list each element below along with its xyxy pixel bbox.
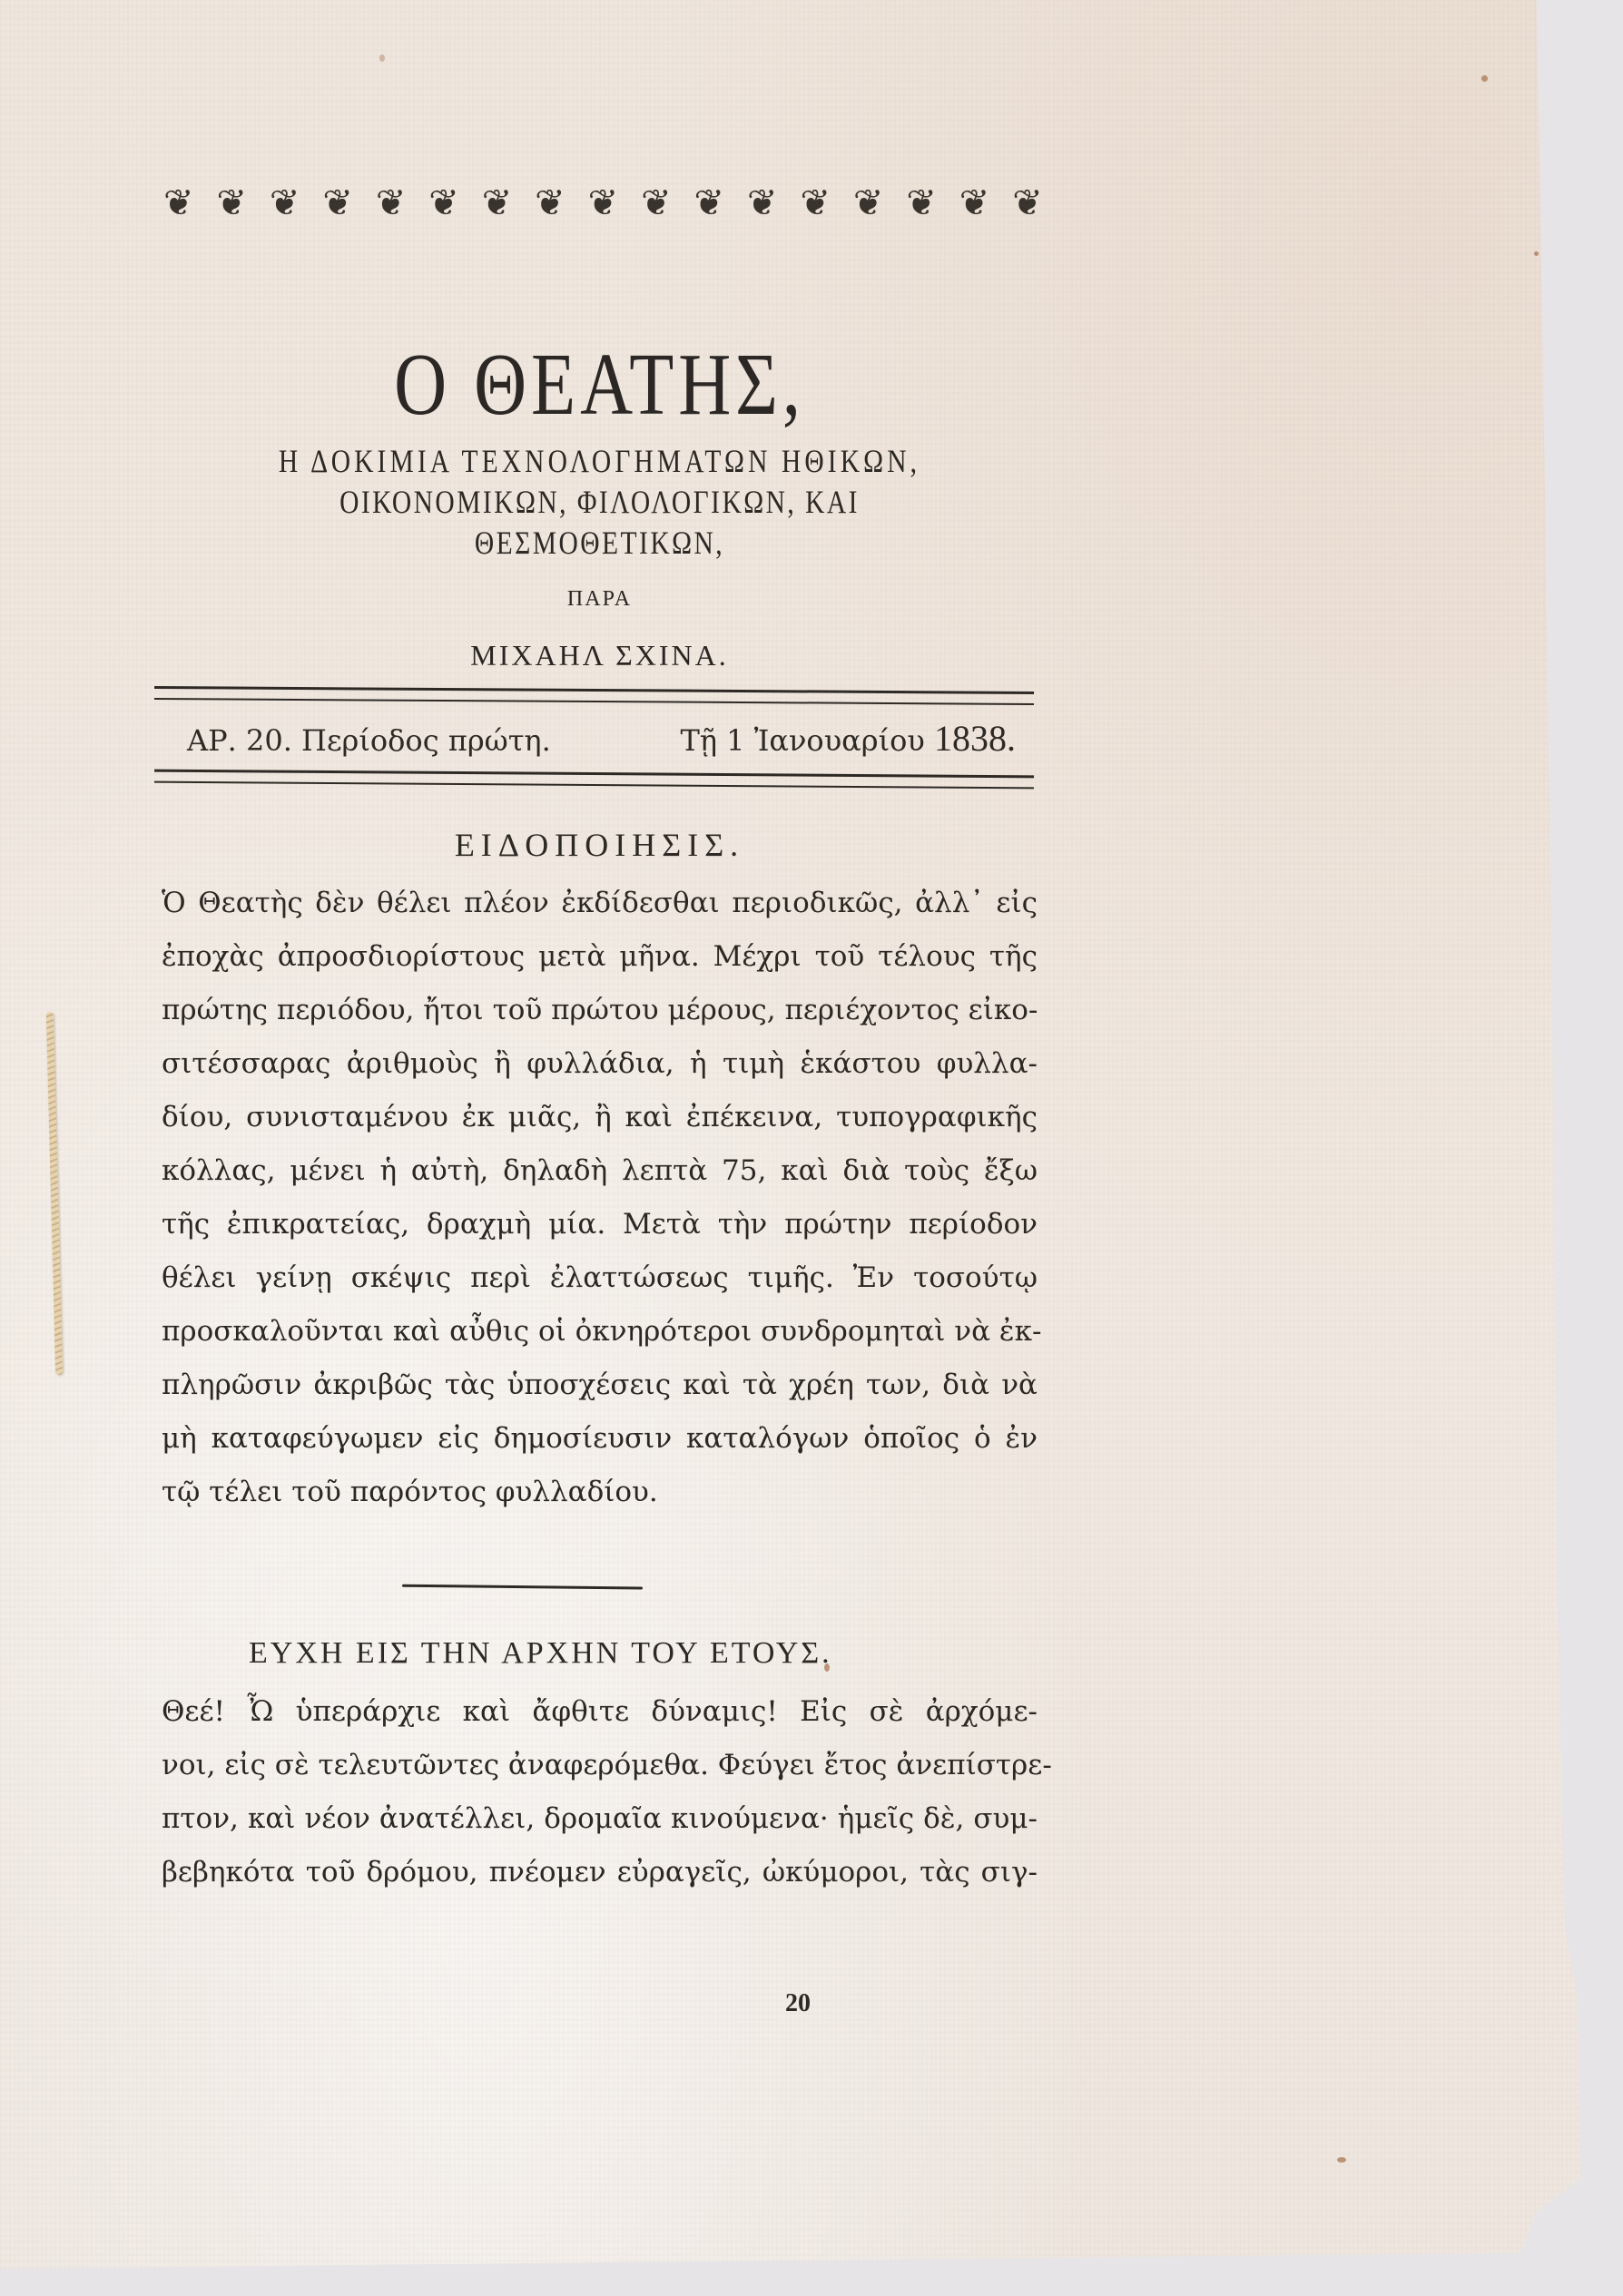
text-line: δίου, συνισταμένου ἐκ μιᾶς, ἢ καὶ ἐπέκει… xyxy=(162,1091,1038,1144)
text-line: σιτέσσαρας ἀριθμοὺς ἢ φυλλάδια, ἡ τιμὴ ἑ… xyxy=(162,1037,1038,1091)
ornament-glyph: ❦ xyxy=(853,185,879,221)
text-line: Ὁ Θεατὴς δὲν θέλει πλέον ἐκδίδεσθαι περι… xyxy=(162,877,1038,930)
notice-body: Ὁ Θεατὴς δὲν θέλει πλέον ἐκδίδεσθαι περι… xyxy=(162,877,1038,1519)
masthead-title: Ο ΘΕΑΤΗΣ, xyxy=(241,334,959,436)
ornament-glyph: ❦ xyxy=(428,185,454,221)
ornament-glyph: ❦ xyxy=(906,185,931,221)
ornament-glyph: ❦ xyxy=(376,185,401,221)
ornament-glyph: ❦ xyxy=(641,185,666,221)
masthead-by: ΠΑΡΑ xyxy=(162,587,1038,612)
issue-date: Τῇ 1 Ἰανουαρίου 1838. xyxy=(680,717,1016,760)
text-line: μὴ καταφεύγωμεν εἰς δημοσίευσιν καταλόγω… xyxy=(162,1412,1038,1466)
ornament-glyph: ❦ xyxy=(959,185,985,221)
text-line: θέλει γείνῃ σκέψις περὶ ἐλαττώσεως τιμῆς… xyxy=(162,1251,1038,1305)
foxing-spot xyxy=(1337,2157,1346,2163)
text-line: τῆς ἐπικρατείας, δραχμὴ μία. Μετὰ τὴν πρ… xyxy=(162,1198,1038,1251)
text-line: πληρῶσιν ἀκριβῶς τὰς ὑποσχέσεις καὶ τὰ χ… xyxy=(162,1359,1038,1412)
ornament-glyph: ❦ xyxy=(535,185,560,221)
ornament-glyph: ❦ xyxy=(1012,185,1038,221)
issue-number: ΑΡ. 20. Περίοδος πρώτη. xyxy=(187,723,551,758)
ornament-glyph: ❦ xyxy=(270,185,295,221)
issue-line: ΑΡ. 20. Περίοδος πρώτη. Τῇ 1 Ἰανουαρίου … xyxy=(162,702,1038,772)
masthead-subtitle-line1: Η ΔΟΚΙΜΙΑ ΤΕΧΝΟΛΟΓΗΜΑΤΩΝ ΗΘΙΚΩΝ, xyxy=(241,441,959,482)
masthead-subtitle-line2: ΟΙΚΟΝΟΜΙΚΩΝ, ΦΙΛΟΛΟΓΙΚΩΝ, ΚΑΙ ΘΕΣΜΟΘΕΤΙΚ… xyxy=(241,482,959,564)
ornamental-border: ❦❦❦❦❦❦❦❦❦❦❦❦❦❦❦❦❦ xyxy=(163,182,1038,225)
ornament-glyph: ❦ xyxy=(216,185,241,221)
text-line: ἐποχὰς ἀπροσδιορίστους μετὰ μῆνα. Μέχρι … xyxy=(162,930,1038,984)
ornament-glyph: ❦ xyxy=(588,185,614,221)
text-line: νοι, εἰς σὲ τελευτῶντες ἀναφερόμεθα. Φεύ… xyxy=(162,1739,1038,1792)
text-line: πρώτης περιόδου, ἤτοι τοῦ πρώτου μέρους,… xyxy=(162,984,1038,1037)
binding-thread xyxy=(46,1012,63,1375)
foxing-spot xyxy=(1481,75,1488,82)
scanned-page: ❦❦❦❦❦❦❦❦❦❦❦❦❦❦❦❦❦ Ο ΘΕΑΤΗΣ, Η ΔΟΚΙΜΙΑ ΤΕ… xyxy=(0,0,1584,2269)
ornament-glyph: ❦ xyxy=(800,185,825,221)
ornament-glyph: ❦ xyxy=(747,185,772,221)
prayer-heading: ΕΥΧΗ ΕΙΣ ΤΗΝ ΑΡΧΗΝ ΤΟΥ ΕΤΟΥΣ. xyxy=(249,1636,1038,1671)
issue-year: 1838. xyxy=(934,718,1016,759)
text-column: ❦❦❦❦❦❦❦❦❦❦❦❦❦❦❦❦❦ Ο ΘΕΑΤΗΣ, Η ΔΟΚΙΜΙΑ ΤΕ… xyxy=(162,182,1038,1899)
ornament-glyph: ❦ xyxy=(322,185,348,221)
issue-date-day: Τῇ 1 Ἰανουαρίου xyxy=(680,723,924,758)
masthead-author: ΜΙΧΑΗΛ ΣΧΙΝΑ. xyxy=(162,639,1038,672)
text-line: βεβηκότα τοῦ δρόμου, πνέομεν εὐραγεῖς, ὠ… xyxy=(162,1846,1038,1899)
section-divider xyxy=(402,1585,643,1590)
ornament-glyph: ❦ xyxy=(163,185,189,221)
text-line: προσκαλοῦνται καὶ αὖθις οἱ ὀκνηρότεροι σ… xyxy=(162,1305,1038,1359)
text-line: πτον, καὶ νέον ἀνατέλλει, δρομαῖα κινούμ… xyxy=(162,1792,1038,1846)
text-line: τῷ τέλει τοῦ παρόντος φυλλαδίου. xyxy=(162,1466,1038,1519)
ornament-glyph: ❦ xyxy=(482,185,507,221)
ornament-glyph: ❦ xyxy=(694,185,720,221)
notice-heading: ΕΙΔΟΠΟΙΗΣΙΣ. xyxy=(162,826,1038,864)
foxing-spot xyxy=(379,54,385,62)
text-line: Θεέ! Ὦ ὑπεράρχιε καὶ ἄφθιτε δύναμις! Εἰς… xyxy=(162,1685,1038,1739)
text-line: κόλλας, μένει ἡ αὐτὴ, δηλαδὴ λεπτὰ 75, κ… xyxy=(162,1144,1038,1198)
page-number: 20 xyxy=(785,1989,811,2018)
prayer-body: Θεέ! Ὦ ὑπεράρχιε καὶ ἄφθιτε δύναμις! Εἰς… xyxy=(162,1685,1038,1899)
foxing-spot xyxy=(1534,251,1539,256)
